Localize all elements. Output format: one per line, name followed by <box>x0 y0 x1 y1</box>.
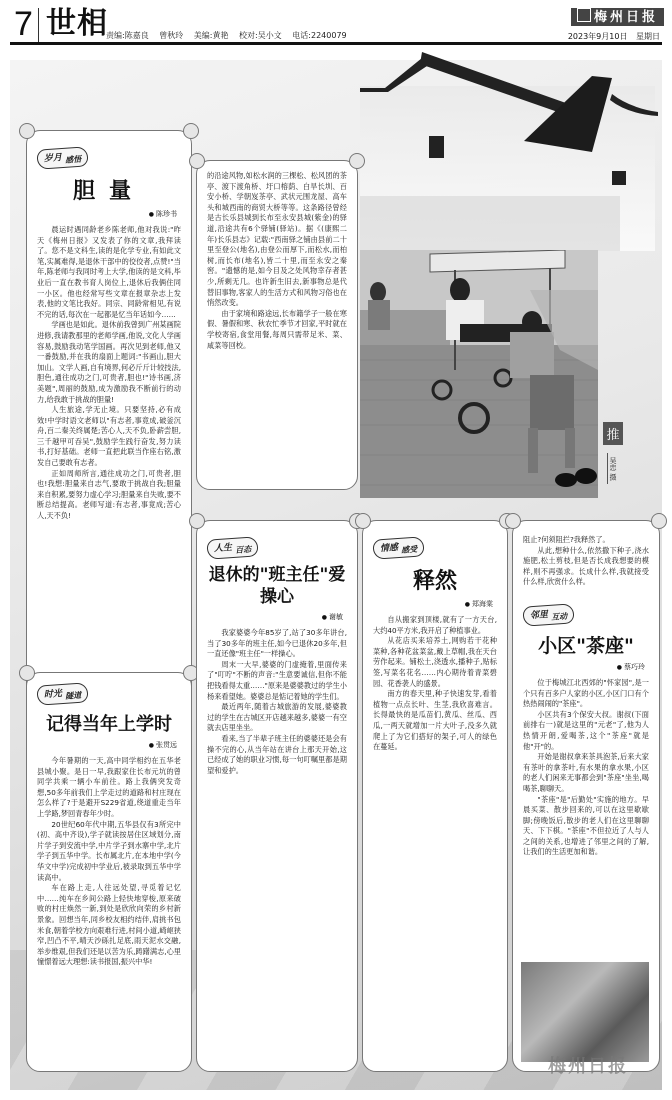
article-title: 胆量 <box>37 174 181 205</box>
article-continuation: 的沿途风物,如松水润的三棵松、松风团的茶亭、渡下渡角桥、圩口榕荫、白旱长圳、百安… <box>196 160 358 490</box>
article-author: 蔡巧玲 <box>523 662 645 672</box>
editor-credits: 责编:陈嘉良 曾秋玲 美编:黄艳 校对:吴小文 电话:2240079 <box>106 30 355 41</box>
article-author: 陈珍书 <box>37 209 177 219</box>
article-title: 小区"茶座" <box>523 631 649 658</box>
article-title: 记得当年上学时 <box>37 710 181 736</box>
roof-illustration <box>360 46 660 251</box>
article-relief: 情感感受 释然 郑海棠 自从搬家到顶楼,就有了一方天台,大约40平方米,我开启了… <box>362 520 508 1072</box>
logo-icon <box>577 8 591 22</box>
newspaper-logo: 梅州日报 <box>571 8 664 26</box>
article-body: 的沿途风物,如松水润的三棵松、松风团的茶亭、渡下渡角桥、圩口榕荫、白旱长圳、百安… <box>207 171 347 351</box>
article-body: 我家婆婆今年85岁了,站了30多年讲台,当了30多年的班主任,如今已退休20多年… <box>207 628 347 776</box>
column-tag: 岁月感悟 <box>36 146 88 170</box>
credit-editor: 责编:陈嘉良 <box>106 31 149 40</box>
section-title: 世相 <box>46 6 108 42</box>
watermark: 梅州日报 <box>548 1052 628 1078</box>
photographer: 吴忠 摄 <box>607 453 618 484</box>
credit-editor-2: 曾秋玲 <box>159 31 183 40</box>
article-retired-teacher: 人生百态 退休的"班主任"爱操心 谢敏 我家婆婆今年85岁了,站了30多年讲台,… <box>196 520 358 1072</box>
article-title: 释然 <box>373 564 497 595</box>
article-author: 谢敏 <box>207 612 343 622</box>
tea-corner-photo <box>521 962 649 1062</box>
article-continuation-body: 阻止?何须阻拦?我释然了。 从此,想种什么,依然撒下种子,浇水施肥,松土剪枝,但… <box>523 535 649 588</box>
article-author: 张贯远 <box>37 740 177 750</box>
page-number: 7 <box>14 6 33 42</box>
logo-text: 梅州日报 <box>594 10 658 25</box>
column-tag: 时光隧道 <box>36 682 88 706</box>
column-tag: 情感感受 <box>372 536 424 560</box>
article-body: 位于梅城江北西郊的"怀家园",是一个只有百多户人家的小区,小区门口有个热热闹闹的… <box>523 678 649 858</box>
credit-proofreader: 校对:吴小文 <box>239 31 282 40</box>
issue-date: 2023年9月10日 星期日 <box>568 31 660 42</box>
article-school-days: 时光隧道 记得当年上学时 张贯远 今年暑期的一天,高中同学相约在五华老县城小聚。… <box>26 672 192 1072</box>
weekday-text: 星期日 <box>636 32 660 41</box>
tricycle-photo <box>360 250 598 498</box>
page-number-divider <box>38 8 39 42</box>
credit-phone: 电话:2240079 <box>292 31 346 40</box>
date-text: 2023年9月10日 <box>568 32 628 41</box>
credit-designer: 美编:黄艳 <box>194 31 229 40</box>
photo-credit: 推 吴忠 摄 <box>603 422 623 484</box>
article-body: 今年暑期的一天,高中同学相约在五华老县城小聚。是日一早,我跟家住长布元坑的曾同学… <box>37 756 181 968</box>
article-author: 郑海棠 <box>373 599 493 609</box>
recommend-label: 推 <box>603 422 623 445</box>
column-tag: 人生百态 <box>206 536 258 560</box>
column-tag: 邻里互动 <box>522 603 574 627</box>
article-courage: 岁月感悟 胆量 陈珍书 晨运时遇同龄老乡陈老师,他对我说:"昨天《梅州日报》又发… <box>26 130 192 705</box>
article-body: 晨运时遇同龄老乡陈老师,他对我说:"昨天《梅州日报》又发表了你的文章,我拜读了。… <box>37 225 181 522</box>
article-body: 自从搬家到顶楼,就有了一方天台,大约40平方米,我开启了种植事业。 从花店买来培… <box>373 615 497 753</box>
masthead: 7 世相 责编:陈嘉良 曾秋玲 美编:黄艳 校对:吴小文 电话:2240079 … <box>0 0 672 46</box>
article-title: 退休的"班主任"爱操心 <box>207 564 347 608</box>
header-rule <box>10 42 662 45</box>
